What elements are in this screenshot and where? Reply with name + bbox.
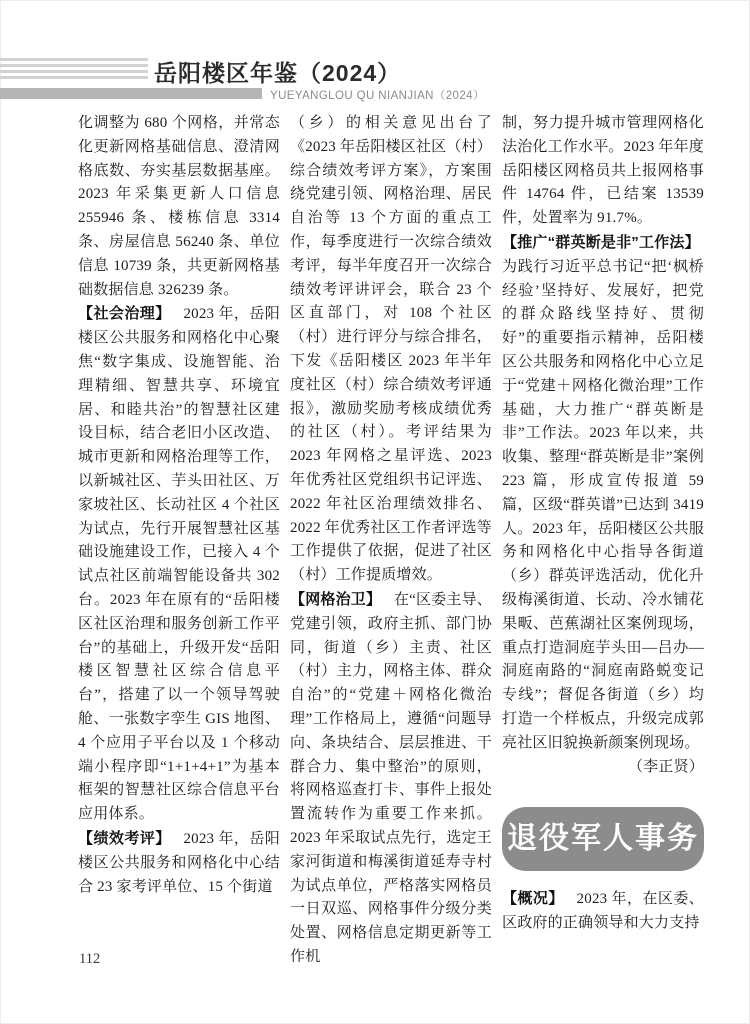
- page-number: 112: [79, 951, 100, 968]
- stripe: [0, 64, 148, 67]
- entry-label-qunying-method: 【推广“群英断是非”工作法】: [502, 234, 700, 251]
- entry-social-governance: 【社会治理】2023 年，岳阳楼区公共服务和网格化中心聚焦“数字集成、设施智能、…: [78, 302, 280, 827]
- entry-label-grid-governance: 【网格治卫】: [290, 591, 381, 608]
- paragraph-performance-review-continuation: （乡）的相关意见出台了《2023 年岳阳楼区社区（村）综合绩效考评方案》，方案围…: [290, 112, 492, 588]
- entry-grid-governance: 【网格治卫】在“区委主导、党建引领，政府主抓、部门协同，街道（乡）主责、社区（村…: [290, 588, 492, 962]
- yearbook-title: 岳阳楼区年鉴（2024）: [154, 55, 401, 88]
- stripe: [0, 70, 148, 73]
- entry-text-qunying-method: 为践行习近平总书记“把‘枫桥经验’坚持好、发展好，把党的群众路线坚持好、贯彻好”…: [502, 259, 704, 751]
- entry-overview: 【概况】2023 年，在区委、区政府的正确领导和大力支持: [502, 887, 704, 936]
- header-stripes: [0, 58, 148, 82]
- entry-label-overview: 【概况】: [502, 890, 564, 907]
- paragraph-grid-adjustment-continuation: 化调整为 680 个网格，并常态化更新网格基础信息、澄清网格底数、夯实基层数据基…: [78, 112, 280, 302]
- stripe: [0, 58, 148, 61]
- entry-text-social-governance: 2023 年，岳阳楼区公共服务和网格化中心聚焦“数字集成、设施智能、治理精细、智…: [78, 306, 280, 822]
- stripe: [0, 76, 148, 79]
- header-bar: [0, 88, 262, 99]
- yearbook-subtitle: YUEYANGLOU QU NIANJIAN（2024）: [270, 87, 485, 103]
- column-3: 制，努力提升城市管理网格化法治化工作水平。2023 年年度岳阳楼区网格员共上报网…: [502, 112, 704, 962]
- entry-label-social-governance: 【社会治理】: [78, 305, 171, 322]
- column-2: （乡）的相关意见出台了《2023 年岳阳楼区社区（村）综合绩效考评方案》，方案围…: [290, 112, 492, 962]
- paragraph-grid-governance-continuation: 制，努力提升城市管理网格化法治化工作水平。2023 年年度岳阳楼区网格员共上报网…: [502, 112, 704, 231]
- entry-performance-review: 【绩效考评】2023 年，岳阳楼区公共服务和网格化中心结合 23 家考评单位、1…: [78, 827, 280, 899]
- yearbook-page: 岳阳楼区年鉴（2024） YUEYANGLOU QU NIANJIAN（2024…: [0, 0, 750, 1024]
- entry-label-performance-review: 【绩效考评】: [78, 830, 171, 847]
- entry-qunying-method: 【推广“群英断是非”工作法】为践行习近平总书记“把‘枫桥经验’坚持好、发展好，把…: [502, 231, 704, 756]
- section-banner-veterans-affairs: 退役军人事务: [502, 807, 704, 871]
- column-1: 化调整为 680 个网格，并常态化更新网格基础信息、澄清网格底数、夯实基层数据基…: [78, 112, 280, 962]
- author-attribution: （李正贤）: [502, 756, 704, 780]
- entry-text-grid-governance: 在“区委主导、党建引领，政府主抓、部门协同，街道（乡）主责、社区（村）主力，网格…: [290, 592, 492, 962]
- text-columns: 化调整为 680 个网格，并常态化更新网格基础信息、澄清网格底数、夯实基层数据基…: [78, 112, 705, 962]
